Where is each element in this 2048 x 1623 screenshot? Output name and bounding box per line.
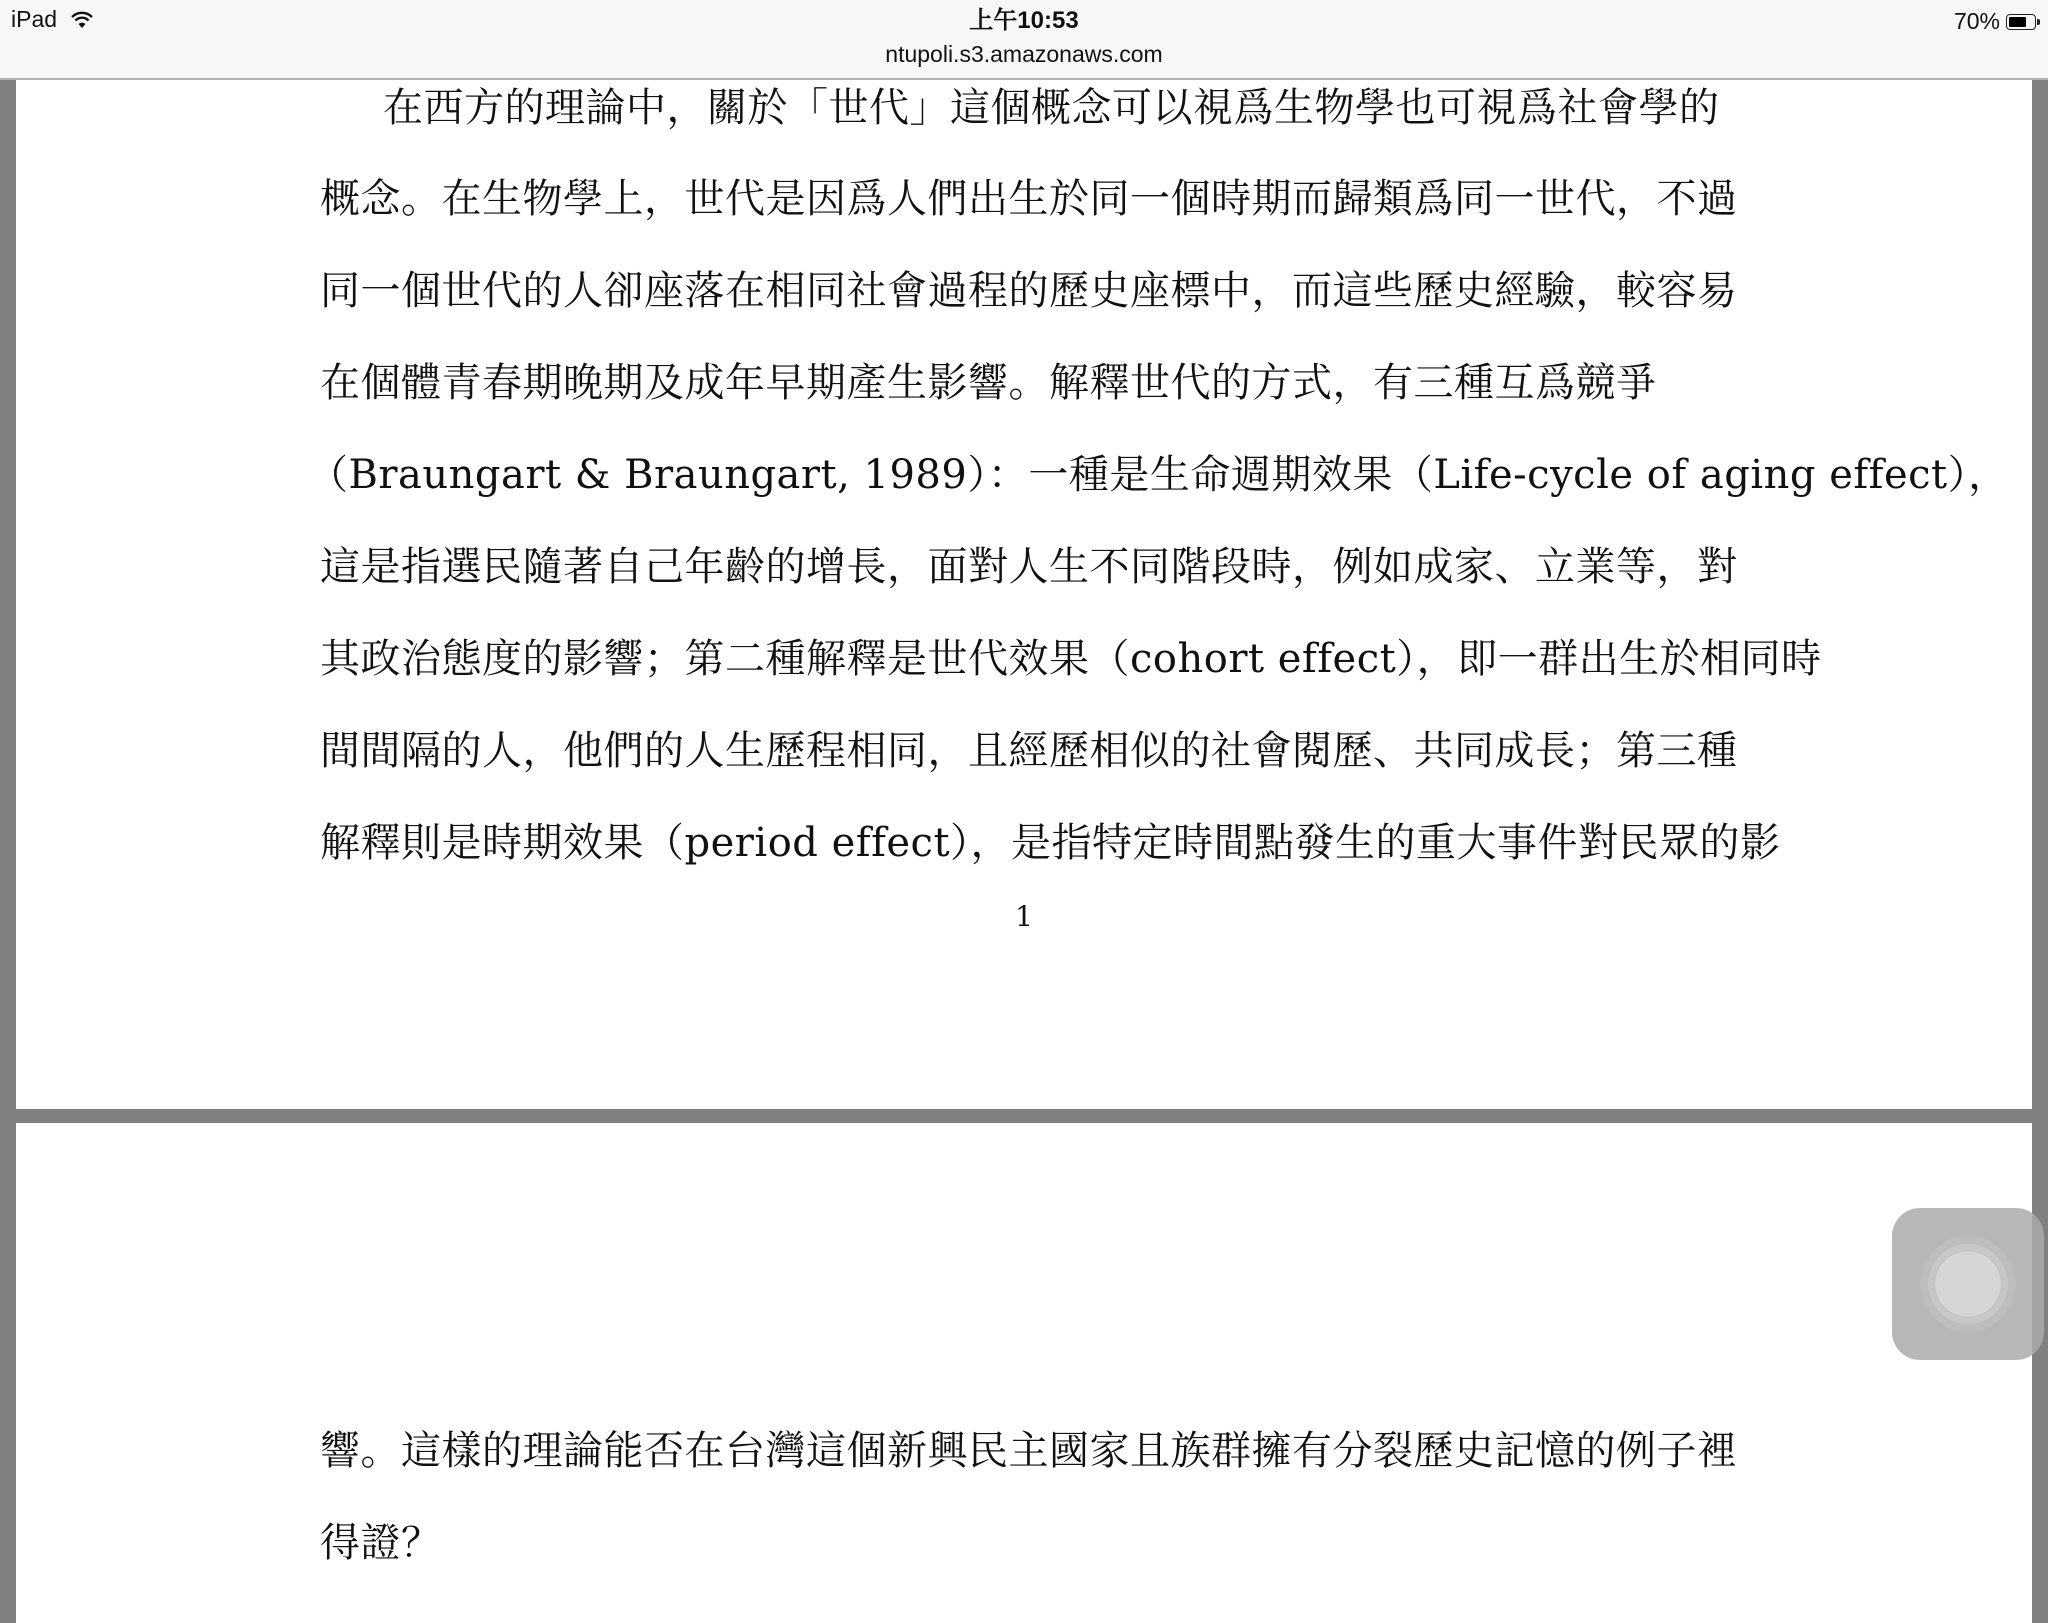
page-url[interactable]: ntupoli.s3.amazonaws.com [0, 39, 2048, 69]
assistive-touch-button[interactable] [1892, 1208, 2044, 1360]
assistive-touch-ring [1928, 1244, 2008, 1324]
document-page-1[interactable]: 在西方的理論中，關於「世代」這個概念可以視爲生物學也可視爲社會學的 概念。在生物… [16, 60, 2032, 1109]
page-number: 1 [16, 900, 2032, 933]
document-page-2[interactable]: 響。這樣的理論能否在台灣這個新興民主國家且族群擁有分裂歷史記憶的例子裡 得證？ [16, 1123, 2032, 1536]
paragraph-line: 同一個世代的人卻座落在相同社會過程的歷史座標中，而這些歷史經驗，較容易 [320, 266, 1738, 316]
paragraph-line: 其政治態度的影響；第二種解釋是世代效果（cohort effect），即一群出生… [320, 634, 1822, 684]
paragraph-line: 響。這樣的理論能否在台灣這個新興民主國家且族群擁有分裂歷史記憶的例子裡 [320, 1426, 1738, 1476]
paragraph-line: 解釋則是時期效果（period effect），是指特定時間點發生的重大事件對民… [320, 818, 1781, 868]
paragraph-line: 概念。在生物學上，世代是因爲人們出生於同一個時期而歸類爲同一世代，不過 [320, 174, 1738, 224]
clock: 上午10:53 [0, 6, 2048, 36]
paragraph-line: 間間隔的人，他們的人生歷程相同，且經歷相似的社會閱歷、共同成長；第三種 [320, 726, 1738, 776]
battery-icon [2006, 14, 2036, 30]
paragraph-line: 在西方的理論中，關於「世代」這個概念可以視爲生物學也可視爲社會學的 [383, 83, 1720, 133]
battery-tip [2037, 19, 2040, 25]
status-bar: iPad 上午10:53 ntupoli.s3.amazonaws.com 70… [0, 0, 2048, 80]
assistive-touch-core [1935, 1251, 2001, 1317]
status-right: 70% [1954, 8, 2036, 35]
paragraph-line: 這是指選民隨著自己年齡的增長，面對人生不同階段時，例如成家、立業等，對 [320, 542, 1738, 592]
battery-percent: 70% [1954, 8, 2000, 35]
battery-level [2009, 17, 2026, 27]
paragraph-line: （Braungart & Braungart, 1989）：一種是生命週期效果（… [308, 450, 2009, 500]
status-center: 上午10:53 ntupoli.s3.amazonaws.com [0, 6, 2048, 69]
paragraph-line: 得證？ [320, 1518, 442, 1536]
paragraph-line: 在個體青春期晚期及成年早期產生影響。解釋世代的方式，有三種互爲競爭 [320, 358, 1657, 408]
assistive-touch-icon [1920, 1236, 2016, 1332]
